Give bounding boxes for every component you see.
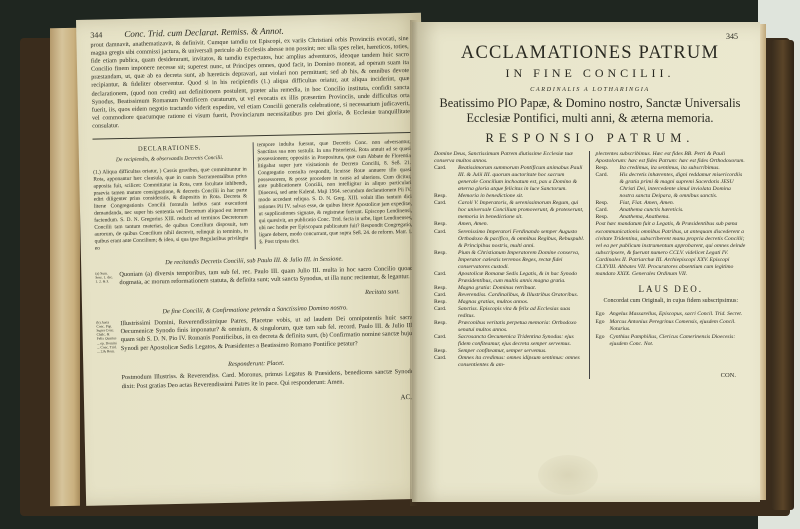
entry-text: plectentes subscribimus. Hæc est fides B…: [596, 151, 747, 165]
catchword: CON.: [596, 372, 737, 379]
list-item: Card.His decretis inhærentes, digni redd…: [596, 172, 747, 200]
entry-speaker: Resp.: [434, 193, 458, 200]
responsio-right-column: plectentes subscribimus. Hæc est fides B…: [590, 151, 747, 379]
entry-text: Semper confiteamur, semper servemus.: [458, 348, 585, 355]
margin-spacer: [97, 374, 117, 391]
declarations-title: DECLARATIONES.: [93, 144, 247, 154]
cardinal-line: CARDINALIS A LOTHARINGIA: [434, 86, 746, 93]
signature-ego: Ego: [596, 311, 610, 318]
entry-text: Post hæc mandatum fuit a Legatis, & Præs…: [596, 221, 747, 277]
list-item: Card.Anathema cunctis hæreticis.: [596, 207, 747, 214]
page-number: 345: [434, 32, 738, 41]
entry-speaker: Card.: [434, 334, 458, 348]
signature-ego: Ego: [596, 319, 610, 333]
entry-text: Magna gratia: Dominus retribuat.: [458, 285, 585, 292]
entry-speaker: Card.: [434, 165, 458, 193]
declarations: DECLARATIONES. De recipiendis, & observa…: [93, 139, 413, 252]
entry-text: Sanctiss. Episcopis vita & felix ad Eccl…: [458, 306, 585, 320]
section-text: Illustrissimi Domini, Reverendissimique …: [120, 314, 415, 354]
list-item: Card.Beatissimorum summorum Pontificum a…: [434, 165, 585, 193]
margin-note: (a) Sum. Sess. 1. dec. 1. 2. & 3.: [95, 271, 115, 288]
signature-ego: Ego: [596, 334, 610, 348]
page-subtitle: IN FINE CONCILII.: [434, 66, 746, 81]
signature: EgoMarcus Antonius Peregrinus Comensis, …: [596, 319, 747, 333]
concordat: Concordat cum Originali, in cujus fidem …: [596, 298, 747, 306]
recitata-sunt: Recitata sunt.: [96, 288, 400, 301]
entry-text: His decretis inhærentes, digni reddamur …: [620, 172, 747, 200]
entry-speaker: Resp.: [434, 320, 458, 334]
declarations-text-1: (1.) Aliqua difficultas oriatur, ) Cassi…: [93, 166, 248, 252]
page-number: 344: [90, 30, 102, 39]
declarations-subtitle: De recipiendis, & observandis Decretis C…: [93, 154, 247, 164]
entry-text: Pium & Christianum Imperatorem Domine co…: [458, 250, 585, 271]
section-recitandis: (a) Sum. Sess. 1. dec. 1. 2. & 3. Quonia…: [95, 265, 413, 288]
margin-note: (b) Juxta Conc. Pap. Super Conc. Chalc. …: [96, 320, 117, 354]
list-item: Card.Apostolicæ Romanæ Sedis Legatis, & …: [434, 271, 585, 285]
list-item: Card.Sanctiss. Episcopis vita & felix ad…: [434, 306, 585, 320]
signature-text: Angelus Massarellus, Episcopus, sacri Co…: [610, 311, 743, 318]
entry-text: Memoria in benedictione sit.: [458, 193, 585, 200]
section-fine: (b) Juxta Conc. Pap. Super Conc. Chalc. …: [96, 314, 415, 354]
entry-speaker: Card.: [434, 355, 458, 369]
book-gutter: [410, 20, 418, 506]
list-item: Resp.Fiat, Fiat. Amen, Amen.: [596, 200, 747, 207]
entry-speaker: Resp.: [434, 285, 458, 292]
entry-text: Serenissimo Imperatori Ferdinando semper…: [458, 229, 585, 250]
entry-text: Sacrosancta Oecumenica Tridentina Synodu…: [458, 334, 585, 348]
catchword: AC.: [98, 393, 412, 408]
list-item: Card.Reverendiss. Cardinalibus, & Illust…: [434, 292, 585, 299]
list-item: Resp.Magna gratia: Dominus retribuat.: [434, 285, 585, 292]
laus-deo: LAUS DEO.: [596, 286, 747, 293]
body-paragraph: prout damnavit, anathematizavit, & defin…: [90, 35, 410, 131]
entry-speaker: Resp.: [434, 221, 458, 228]
page-title: ACCLAMATIONES PATRUM: [434, 43, 746, 64]
list-item: Resp.Ita credimus, ita sentimus, ita sub…: [596, 165, 747, 172]
right-page: 345 ACCLAMATIONES PATRUM IN FINE CONCILI…: [412, 22, 760, 502]
entry-speaker: Resp.: [434, 299, 458, 306]
signature: EgoCynthius Pamphilius, Clericus Camerin…: [596, 334, 747, 348]
entry-speaker: Resp.: [596, 165, 620, 172]
entry-text: Apostolicæ Romanæ Sedis Legatis, & in ha…: [458, 271, 585, 285]
list-item: Resp.Semper confiteamur, semper servemus…: [434, 348, 585, 355]
signature-text: Marcus Antonius Peregrinus Comensis, eju…: [610, 319, 747, 333]
entry-text: Magnas gratias, multos annos.: [458, 299, 585, 306]
declarations-col-2: tempore indulta fuerant, quæ Decretis Co…: [252, 139, 413, 249]
responsio-columns: Domine Deus, Sanctissimum Patrem diutiss…: [434, 151, 746, 379]
entry-speaker: Card.: [434, 306, 458, 320]
list-item: Card.Omnes ita credimus: omnes idipsum s…: [434, 355, 585, 369]
closing-text: Postmodum Illustriss. & Reverendiss. Car…: [121, 368, 415, 391]
list-item: Domine Deus, Sanctissimum Patrem diutiss…: [434, 151, 585, 165]
entry-speaker: Card.: [434, 229, 458, 250]
list-item: Resp.Memoria in benedictione sit.: [434, 193, 585, 200]
entry-text: Reverendiss. Cardinalibus, & Illustribus…: [458, 292, 585, 299]
left-page-edge: [50, 28, 80, 507]
signature: EgoAngelus Massarellus, Episcopus, sacri…: [596, 311, 747, 318]
entry-text: Anathema cunctis hæreticis.: [620, 207, 747, 214]
left-page-content: 344 Conc. Trid. cum Declarat. Remiss. & …: [90, 23, 416, 408]
entry-text: Domine Deus, Sanctissimum Patrem diutiss…: [434, 151, 585, 165]
declarations-text-2: tempore indulta fuerant, quæ Decretis Co…: [257, 139, 413, 246]
running-head-title: Conc. Trid. cum Declarat. Remiss. & Anno…: [124, 26, 284, 39]
entry-text: Ita credimus, ita sentimus, ita subscrib…: [620, 165, 747, 172]
entry-text: Beatissimorum summorum Pontificum animab…: [458, 165, 585, 193]
entry-speaker: Resp.: [434, 348, 458, 355]
entry-text: Omnes ita credimus: omnes idipsum sentim…: [458, 355, 585, 369]
entry-speaker: Resp.: [596, 200, 620, 207]
entry-speaker: Card.: [434, 292, 458, 299]
list-item: Resp.Amen, Amen.: [434, 221, 585, 228]
signature-text: Cynthius Pamphilius, Clericus Camerinens…: [610, 334, 747, 348]
closing-paragraph: Postmodum Illustriss. & Reverendiss. Car…: [97, 368, 415, 391]
entry-text: Præconibus veritatis perpetua memoria: O…: [458, 320, 585, 334]
entry-text: Caroli V. Imperatoris, & serenissimorum …: [458, 200, 585, 221]
responsio-left-column: Domine Deus, Sanctissimum Patrem diutiss…: [434, 151, 590, 379]
left-page: 344 Conc. Trid. cum Declarat. Remiss. & …: [76, 13, 431, 506]
divider-rule: [92, 132, 410, 140]
list-item: Resp.Pium & Christianum Imperatorem Domi…: [434, 250, 585, 271]
list-item: Post hæc mandatum fuit a Legatis, & Præs…: [596, 221, 747, 277]
list-item: Resp.Magnas gratias, multos annos.: [434, 299, 585, 306]
list-item: plectentes subscribimus. Hæc est fides B…: [596, 151, 747, 165]
entry-speaker: Card.: [596, 207, 620, 214]
entry-speaker: Resp.: [434, 250, 458, 271]
paper-stain: [538, 455, 598, 495]
entry-text: Fiat, Fiat. Amen, Amen.: [620, 200, 747, 207]
list-item: Resp.Præconibus veritatis perpetua memor…: [434, 320, 585, 334]
list-item: Card.Caroli V. Imperatoris, & serenissim…: [434, 200, 585, 221]
entry-text: Amen, Amen.: [458, 221, 585, 228]
entry-speaker: Card.: [434, 271, 458, 285]
declarations-col-1: DECLARATIONES. De recipiendis, & observa…: [93, 142, 249, 252]
list-item: Card.Serenissimo Imperatori Ferdinando s…: [434, 229, 585, 250]
list-item: Card.Sacrosancta Oecumenica Tridentina S…: [434, 334, 585, 348]
entry-speaker: Card.: [596, 172, 620, 200]
responsio-heading: RESPONSIO PATRUM.: [434, 131, 746, 146]
acclamation: Beatissimo PIO Papæ, & Domino nostro, Sa…: [434, 96, 746, 125]
right-page-content: 345 ACCLAMATIONES PATRUM IN FINE CONCILI…: [434, 32, 746, 379]
book-spine-right: [772, 40, 794, 510]
section-text: Quoniam (a) diversis temporibus, tam sub…: [119, 265, 413, 288]
entry-speaker: Card.: [434, 200, 458, 221]
